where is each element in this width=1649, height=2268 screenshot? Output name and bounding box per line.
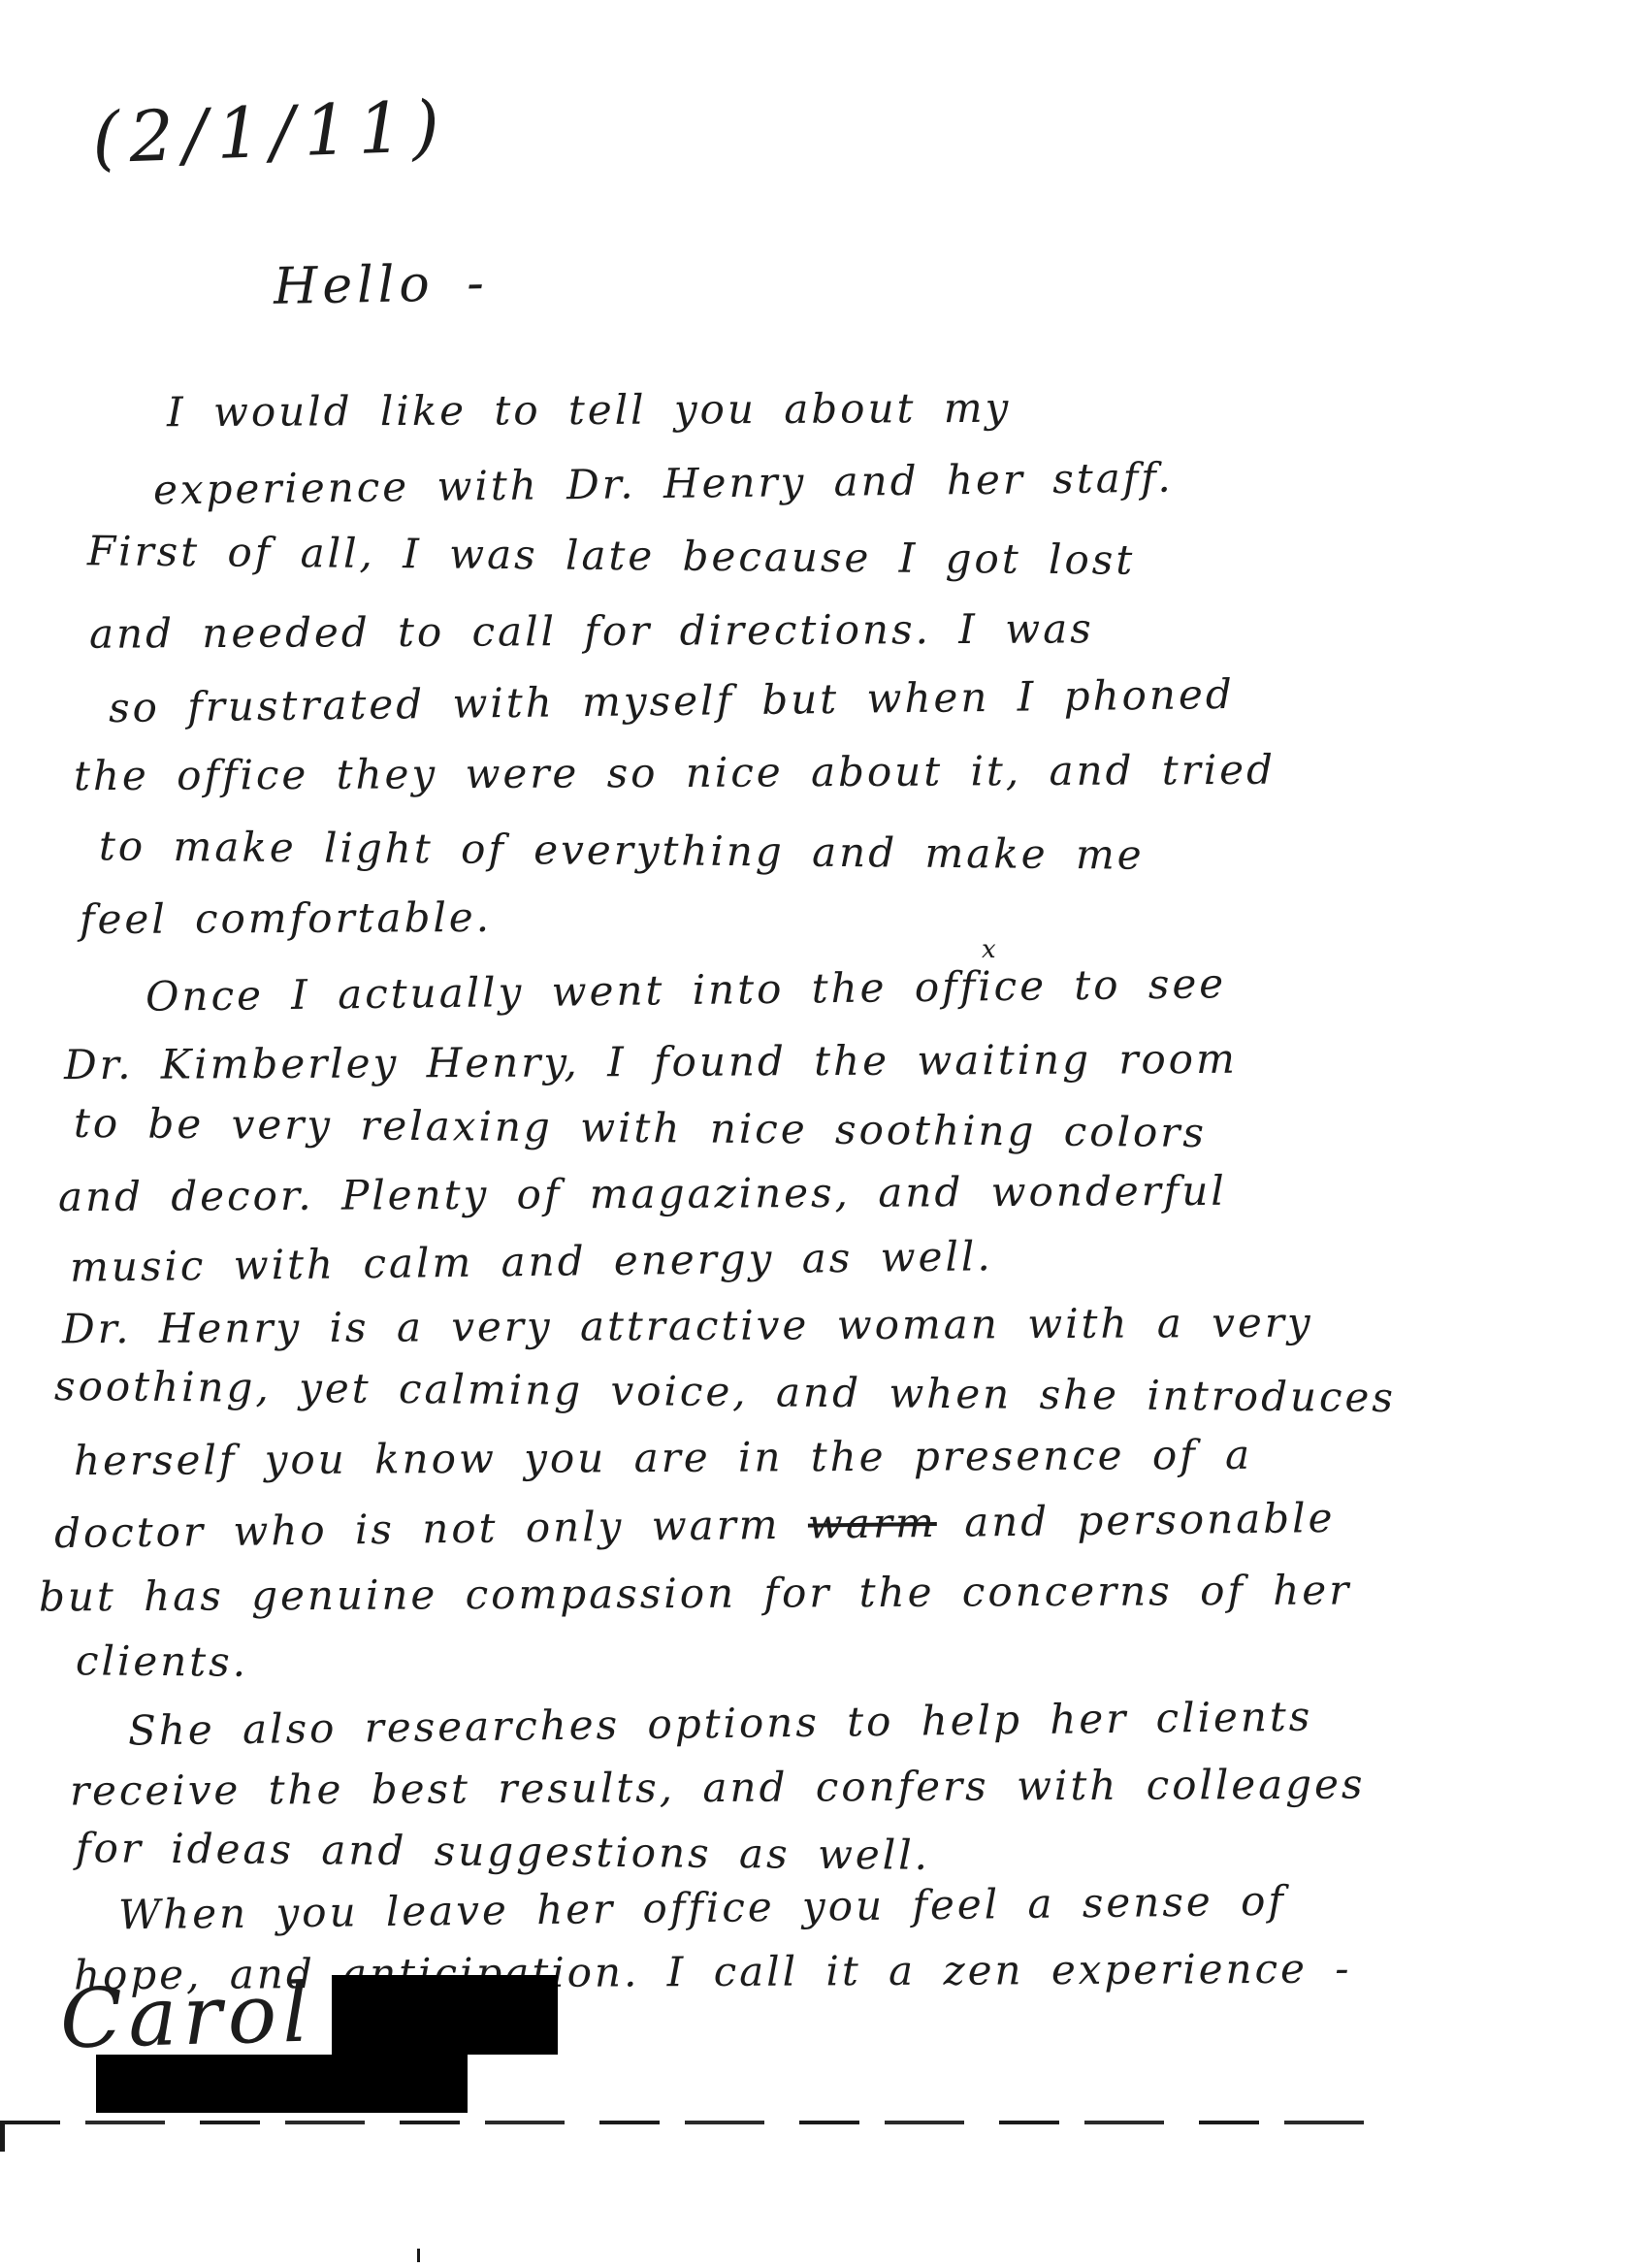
- letter-line: I would like to tell you about my: [167, 388, 1012, 434]
- letter-line: music with calm and energy as well.: [70, 1236, 993, 1288]
- signature: Carol: [59, 1972, 315, 2060]
- scan-artifact-left-tick: [0, 2121, 5, 2152]
- redaction-bar: [332, 1975, 558, 2055]
- letter-line: and needed to call for directions. I was: [89, 608, 1094, 654]
- line-text-after-strike: and personable: [937, 1494, 1336, 1546]
- letter-line-with-strikeout: doctor who is not only warm warm and per…: [54, 1498, 1336, 1554]
- letter-date: (2/1/11): [91, 91, 450, 174]
- letter-line: She also researches options to help her …: [128, 1697, 1313, 1752]
- letter-line: experience with Dr. Henry and her staff.: [153, 458, 1174, 511]
- letter-line: to be very relaxing with nice soothing c…: [74, 1103, 1207, 1153]
- letter-page: (2/1/11) Hello - I would like to tell yo…: [0, 0, 1649, 2268]
- letter-line: clients.: [76, 1640, 248, 1683]
- letter-line: feel comfortable.: [80, 897, 492, 940]
- letter-line: so frustrated with myself but when I pho…: [109, 674, 1235, 729]
- letter-line: receive the best results, and confers wi…: [70, 1765, 1366, 1812]
- scan-artifact-line: [0, 2121, 1389, 2124]
- letter-line: Once I actually went into the office to …: [145, 963, 1227, 1018]
- letter-line: When you leave her office you feel a sen…: [118, 1881, 1286, 1936]
- letter-line: and decor. Plenty of magazines, and wond…: [58, 1171, 1227, 1217]
- letter-line: Dr. Kimberley Henry, I found the waiting…: [64, 1039, 1238, 1085]
- insertion-caret: x: [982, 935, 996, 964]
- line-text-before-strike: doctor who is not only warm: [54, 1501, 808, 1557]
- letter-line: but has genuine compassion for the conce…: [39, 1570, 1352, 1617]
- redaction-bar: [96, 2055, 468, 2113]
- scan-artifact-speck: [417, 2249, 420, 2262]
- letter-line: Dr. Henry is a very attractive woman wit…: [62, 1303, 1313, 1350]
- letter-line: the office they were so nice about it, a…: [74, 750, 1276, 796]
- letter-line: soothing, yet calming voice, and when sh…: [54, 1366, 1396, 1418]
- letter-line: First of all, I was late because I got l…: [87, 531, 1136, 580]
- struck-out-word: warm: [808, 1499, 937, 1548]
- letter-line: to make light of everything and make me: [99, 826, 1145, 875]
- letter-line: for ideas and suggestions as well.: [76, 1828, 930, 1876]
- letter-line: herself you know you are in the presence…: [74, 1435, 1252, 1481]
- letter-greeting: Hello -: [274, 258, 490, 312]
